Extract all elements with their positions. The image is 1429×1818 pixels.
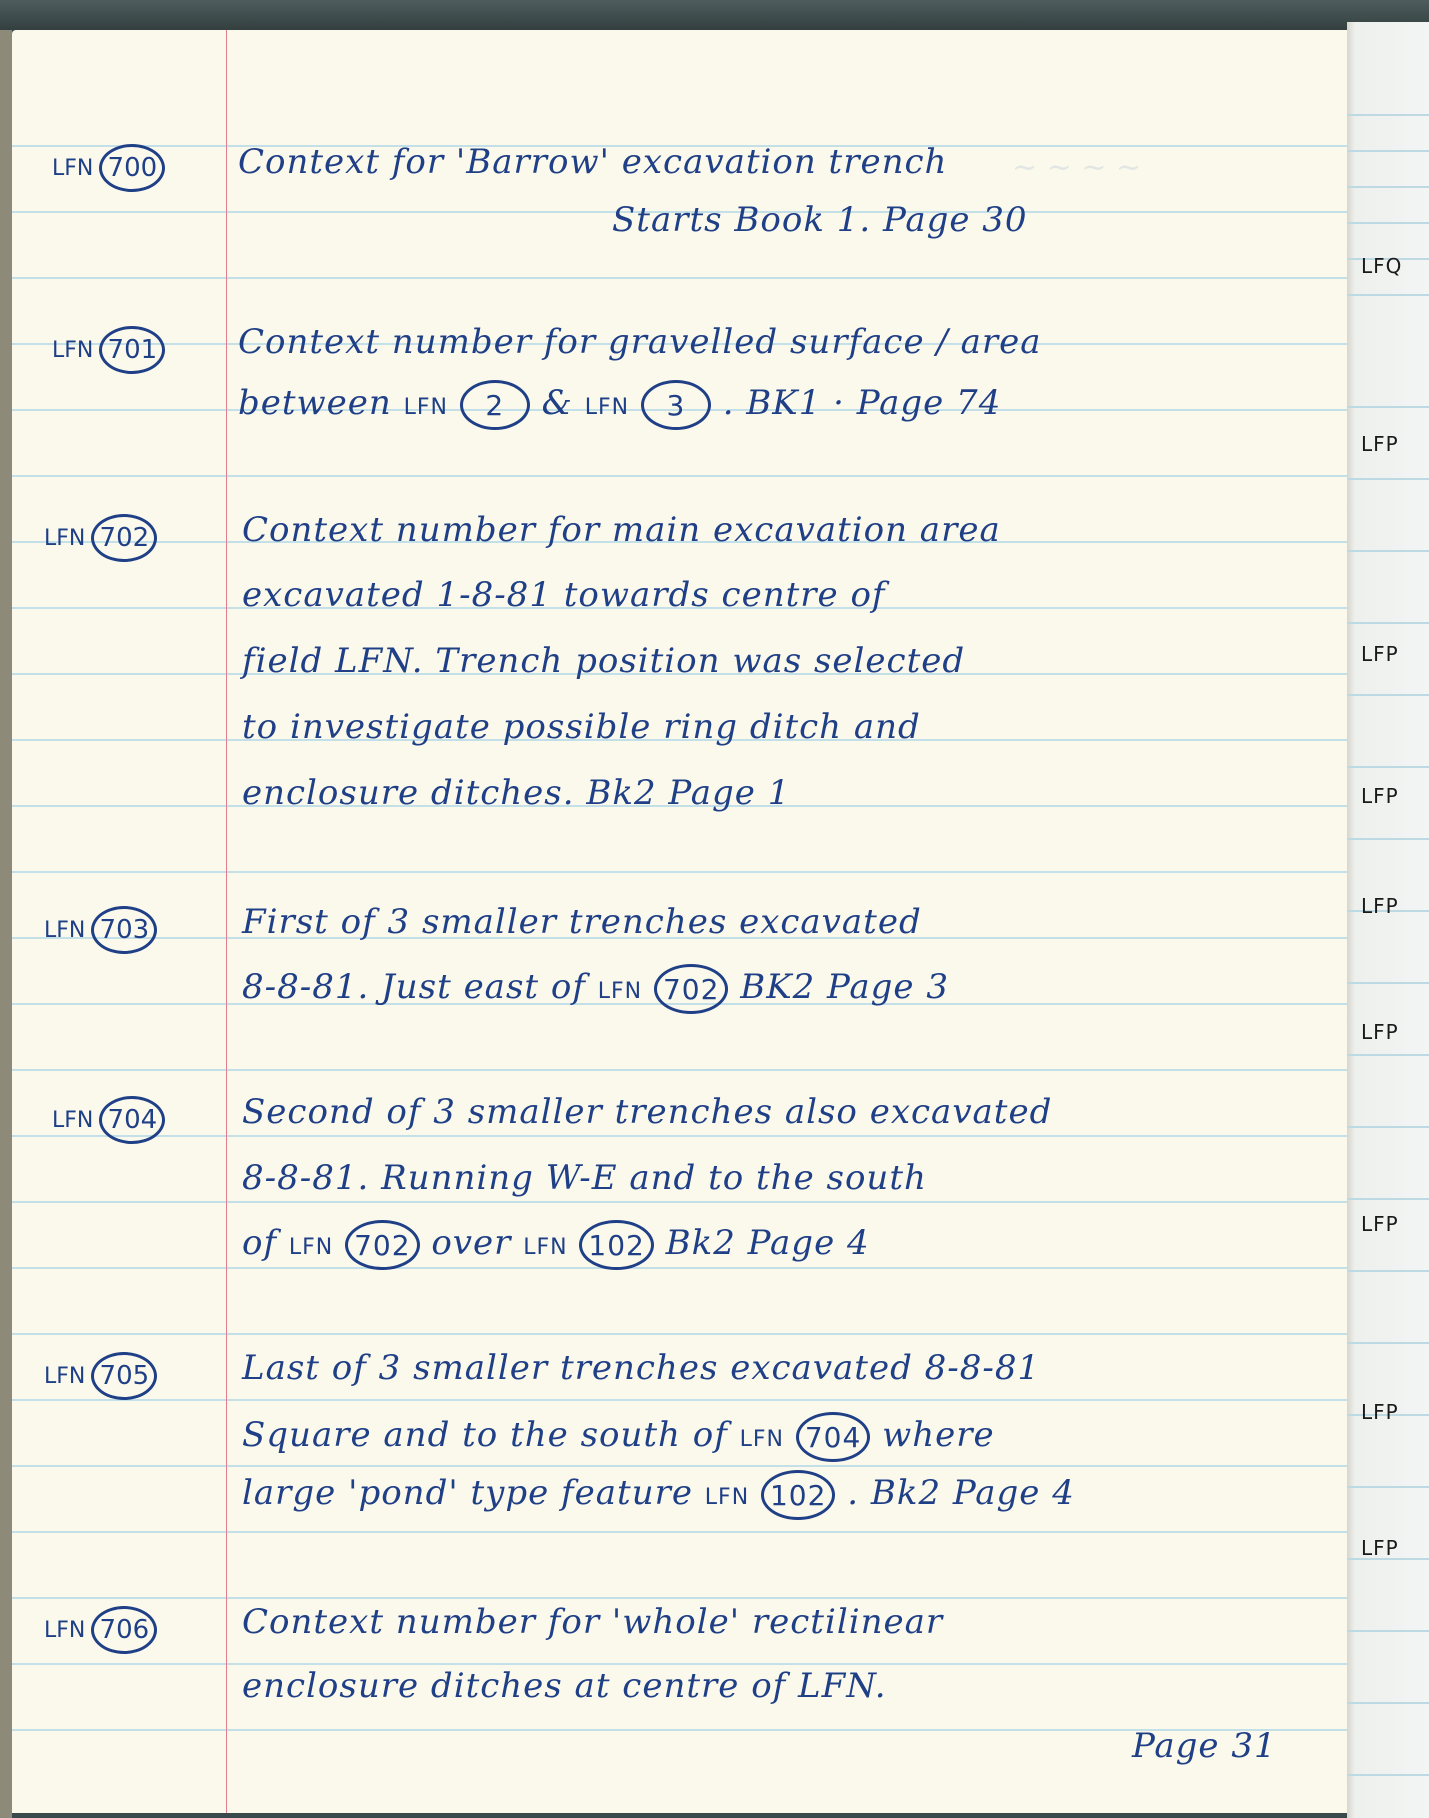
- rule-line: [12, 277, 1347, 279]
- rule-line: [1347, 622, 1429, 624]
- rule-line: [1347, 982, 1429, 984]
- rule-line: [1347, 694, 1429, 696]
- rule-line: [1347, 1126, 1429, 1128]
- entry-705-line-2: Square and to the south of LFN 704 where: [242, 1412, 995, 1462]
- adjacent-page-label: LFP: [1361, 1536, 1399, 1560]
- context-prefix: LFN: [52, 1108, 93, 1133]
- adjacent-page-label: LFP: [1361, 1212, 1399, 1236]
- margin-line: [226, 30, 227, 1813]
- context-number-circle: 701: [99, 326, 165, 374]
- adjacent-page-label: LFP: [1361, 642, 1399, 666]
- context-prefix: LFN: [44, 526, 85, 551]
- text: where: [882, 1415, 995, 1455]
- context-prefix: LFN: [44, 918, 85, 943]
- ref-number-circle: 704: [796, 1412, 870, 1462]
- context-prefix: LFN: [44, 1364, 85, 1389]
- rule-line: [12, 1201, 1347, 1203]
- entry-705-line-3: large 'pond' type feature LFN 102 . Bk2 …: [242, 1470, 1075, 1520]
- entry-700-line-1: Context for 'Barrow' excavation trench: [238, 142, 947, 182]
- text: Square and to the south of: [242, 1415, 728, 1455]
- text: . BK1 · Page 74: [723, 383, 1002, 423]
- entry-701-line-1: Context number for gravelled surface / a…: [238, 322, 1042, 362]
- ref-prefix: LFN: [740, 1427, 784, 1452]
- entry-code-703: LFN 703: [44, 906, 157, 954]
- ref-prefix: LFN: [585, 395, 629, 420]
- rule-line: [1347, 1702, 1429, 1704]
- entry-code-700: LFN 700: [52, 144, 165, 192]
- ref-prefix: LFN: [523, 1235, 567, 1260]
- ref-number-circle: 702: [345, 1220, 419, 1270]
- ref-number-circle: 702: [654, 964, 728, 1014]
- text: between: [238, 383, 392, 423]
- ref-prefix: LFN: [289, 1235, 333, 1260]
- context-prefix: LFN: [52, 156, 93, 181]
- rule-line: [12, 1531, 1347, 1533]
- entry-702-line-5: enclosure ditches. Bk2 Page 1: [242, 773, 790, 813]
- ref-prefix: LFN: [598, 979, 642, 1004]
- rule-line: [1347, 1342, 1429, 1344]
- entry-706-page-ref: Page 31: [1132, 1726, 1277, 1766]
- rule-line: [12, 1597, 1347, 1599]
- ref-number-circle: 2: [460, 380, 530, 430]
- rule-line: [1347, 766, 1429, 768]
- context-number-circle: 702: [91, 514, 157, 562]
- entry-702-line-2: excavated 1-8-81 towards centre of: [242, 575, 886, 615]
- text: large 'pond' type feature: [242, 1473, 693, 1513]
- entry-702-line-3: field LFN. Trench position was selected: [242, 641, 965, 681]
- entry-702-line-1: Context number for main excavation area: [242, 510, 1001, 550]
- context-prefix: LFN: [44, 1618, 85, 1643]
- entry-701-line-2: between LFN 2 & LFN 3 . BK1 · Page 74: [238, 380, 1001, 430]
- rule-line: [12, 871, 1347, 873]
- ref-prefix: LFN: [705, 1485, 749, 1510]
- rule-line: [12, 1399, 1347, 1401]
- rule-line: [1347, 838, 1429, 840]
- text: 8-8-81. Just east of: [242, 967, 586, 1007]
- rule-line: [1347, 222, 1429, 224]
- entry-code-702: LFN 702: [44, 514, 157, 562]
- entry-704-line-2: 8-8-81. Running W-E and to the south: [242, 1158, 927, 1198]
- entry-704-line-3: of LFN 702 over LFN 102 Bk2 Page 4: [242, 1220, 870, 1270]
- context-number-circle: 705: [91, 1352, 157, 1400]
- ref-number-circle: 102: [761, 1470, 835, 1520]
- adjacent-page: LFQ LFP LFP LFP LFP LFP LFP LFP LFP: [1347, 22, 1429, 1818]
- rule-line: [1347, 1054, 1429, 1056]
- text: of: [242, 1223, 277, 1263]
- context-prefix: LFN: [52, 338, 93, 363]
- adjacent-page-label: LFQ: [1361, 254, 1402, 278]
- context-number-circle: 703: [91, 906, 157, 954]
- ref-number-circle: 3: [641, 380, 711, 430]
- entry-706-line-2: enclosure ditches at centre of LFN.: [242, 1666, 887, 1706]
- entry-702-line-4: to investigate possible ring ditch and: [242, 707, 921, 747]
- entry-700-line-2: Starts Book 1. Page 30: [612, 200, 1028, 240]
- adjacent-page-label: LFP: [1361, 894, 1399, 918]
- scanner-background: [0, 0, 1429, 30]
- page-edge: [0, 30, 12, 1818]
- rule-line: [1347, 406, 1429, 408]
- entry-705-line-1: Last of 3 smaller trenches excavated 8-8…: [242, 1348, 1040, 1388]
- context-number-circle: 706: [91, 1606, 157, 1654]
- entry-704-line-1: Second of 3 smaller trenches also excava…: [242, 1092, 1052, 1132]
- rule-line: [1347, 1486, 1429, 1488]
- rule-line: [1347, 1630, 1429, 1632]
- rule-line: [1347, 550, 1429, 552]
- rule-line: [1347, 1774, 1429, 1776]
- entry-703-line-2: 8-8-81. Just east of LFN 702 BK2 Page 3: [242, 964, 949, 1014]
- rule-line: [12, 475, 1347, 477]
- adjacent-page-label: LFP: [1361, 432, 1399, 456]
- text: &: [542, 383, 573, 423]
- context-number-circle: 700: [99, 144, 165, 192]
- entry-706-line-1: Context number for 'whole' rectilinear: [242, 1602, 943, 1642]
- text: BK2 Page 3: [740, 967, 949, 1007]
- adjacent-page-label: LFP: [1361, 1020, 1399, 1044]
- entry-code-704: LFN 704: [52, 1096, 165, 1144]
- rule-line: [1347, 1270, 1429, 1272]
- adjacent-page-label: LFP: [1361, 784, 1399, 808]
- rule-line: [12, 1663, 1347, 1665]
- rule-line: [1347, 114, 1429, 116]
- rule-line: [12, 1333, 1347, 1335]
- ref-prefix: LFN: [404, 395, 448, 420]
- text: . Bk2 Page 4: [847, 1473, 1075, 1513]
- ref-number-circle: 102: [579, 1220, 653, 1270]
- rule-line: [1347, 478, 1429, 480]
- entry-703-line-1: First of 3 smaller trenches excavated: [242, 902, 922, 942]
- rule-line: [12, 1069, 1347, 1071]
- entry-code-706: LFN 706: [44, 1606, 157, 1654]
- adjacent-page-label: LFP: [1361, 1400, 1399, 1424]
- notebook-page: ~ ~ ~ ~ LFN 700 Context for 'Barrow' exc…: [12, 30, 1347, 1813]
- entry-code-701: LFN 701: [52, 326, 165, 374]
- rule-line: [12, 1135, 1347, 1137]
- rule-line: [1347, 150, 1429, 152]
- rule-line: [1347, 294, 1429, 296]
- context-number-circle: 704: [99, 1096, 165, 1144]
- rule-line: [1347, 1198, 1429, 1200]
- text: over: [431, 1223, 511, 1263]
- text: Bk2 Page 4: [666, 1223, 870, 1263]
- rule-line: [12, 1465, 1347, 1467]
- rule-line: [1347, 186, 1429, 188]
- entry-code-705: LFN 705: [44, 1352, 157, 1400]
- show-through-text: ~ ~ ~ ~: [1012, 150, 1141, 185]
